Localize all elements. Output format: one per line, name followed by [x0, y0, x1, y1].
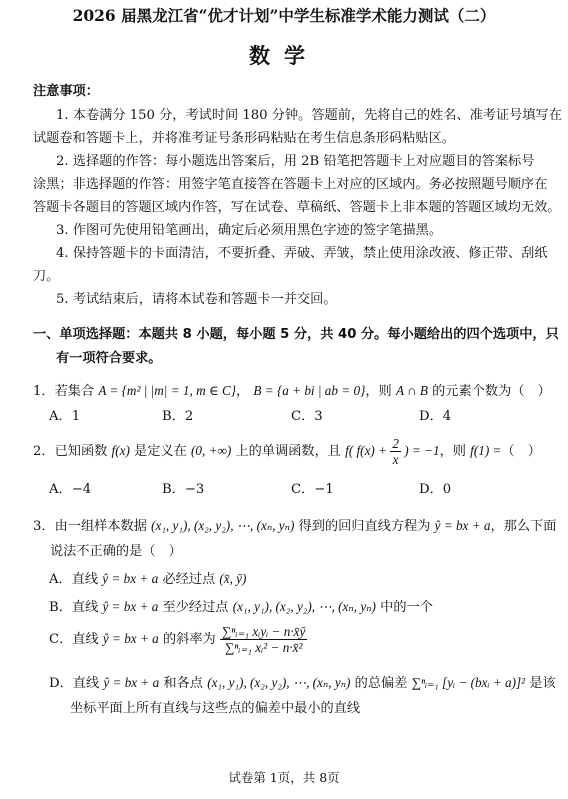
notice-item-2-line-3: 答题卡各题目的答题区域内作答，写在试卷、草稿纸、答题卡上非本题的答题区域均无效。 — [33, 196, 561, 215]
question-2-option-d[interactable]: D．0 — [419, 478, 451, 497]
set-a-math: A = {m² | |m| = 1, m ∈ C} — [98, 383, 236, 398]
question-2-option-c[interactable]: C．−1 — [291, 478, 334, 497]
question-2-stem: 2．已知函数 f(x) 是定义在 (0, +∞) 上的单调函数，且 f( f(x… — [33, 436, 541, 467]
question-3-option-d[interactable]: D．直线 ŷ = bx + a 和各点 (x₁, y₁), (x₂, y₂), … — [49, 672, 556, 691]
set-b-math: B = {a + bi | ab = 0} — [253, 383, 365, 398]
exam-title: 2026 届黑龙江省“优才计划”中学生标准学术能力测试（二） — [0, 4, 568, 26]
notice-item-4-line-2: 刀。 — [33, 265, 59, 284]
question-1-option-c[interactable]: C．3 — [291, 405, 323, 424]
section-heading-line-1: 一、单项选择题：本题共 8 小题，每小题 5 分，共 40 分。每小题给出的四个… — [33, 323, 559, 342]
question-number: 1． — [33, 384, 55, 399]
notice-item-4-line-1: 4. 保持答题卡的卡面清洁，不要折叠、弄破、弄皱，禁止使用涂改液、修正带、刮纸 — [56, 242, 548, 261]
question-3-option-c[interactable]: C．直线 ŷ = bx + a 的斜率为 ∑ⁿᵢ₌₁ xᵢyᵢ − n·x̄ȳ∑… — [49, 624, 307, 655]
question-3-stem-line-2: 说法不正确的是（ ） — [50, 540, 182, 559]
fraction: 2x — [390, 436, 401, 467]
notice-item-1-line-1: 1. 本卷满分 150 分，考试时间 180 分钟。答题前，先将自己的姓名、准考… — [56, 104, 562, 123]
question-3-option-a[interactable]: A．直线 ŷ = bx + a 必经过点 (x̄, ȳ) — [49, 568, 246, 587]
question-3-option-b[interactable]: B．直线 ŷ = bx + a 至少经过点 (x₁, y₁), (x₂, y₂)… — [49, 596, 433, 615]
exam-page: 2026 届黑龙江省“优才计划”中学生标准学术能力测试（二） 数学 注意事项： … — [0, 0, 568, 799]
subject-title: 数学 — [0, 40, 568, 70]
question-2-option-a[interactable]: A．−4 — [49, 478, 91, 497]
notice-item-2-line-1: 2. 选择题的作答：每小题选出答案后，用 2B 铅笔把答题卡上对应题目的答案标号 — [56, 150, 534, 169]
notice-heading: 注意事项： — [33, 80, 99, 99]
notice-item-1-line-2: 试题卷和答题卡上，并将准考证号条形码粘贴在考生信息条形码粘贴区。 — [33, 127, 455, 146]
slope-fraction: ∑ⁿᵢ₌₁ xᵢyᵢ − n·x̄ȳ∑ⁿᵢ₌₁ xᵢ² − n·x̄² — [220, 624, 307, 655]
question-1-option-b[interactable]: B．2 — [162, 405, 193, 424]
notice-item-3: 3. 作图可先使用铅笔画出，确定后必须用黑色字迹的签字笔描黑。 — [56, 219, 442, 238]
page-footer: 试卷第 1页，共 8页 — [0, 768, 568, 786]
section-heading-line-2: 有一项符合要求。 — [56, 347, 162, 366]
question-1-option-d[interactable]: D．4 — [419, 405, 451, 424]
notice-item-2-line-2: 涂黑；非选择题的作答：用签字笔直接答在答题卡上对应的区域内。务必按照题号顺序在 — [33, 173, 547, 192]
notice-item-5: 5. 考试结束后，请将本试卷和答题卡一并交回。 — [56, 288, 337, 307]
question-2-option-b[interactable]: B．−3 — [162, 478, 204, 497]
question-3-option-d-line-2: 坐标平面上所有直线与这些点的偏差中最小的直线 — [70, 697, 360, 716]
question-1-stem: 1．若集合 A = {m² | |m| = 1, m ∈ C}， B = {a … — [33, 380, 551, 399]
question-3-stem-line-1: 3．由一组样本数据 (x₁, y₁), (x₂, y₂), ⋯, (xₙ, yₙ… — [33, 515, 556, 534]
question-1-option-a[interactable]: A．1 — [49, 405, 80, 424]
